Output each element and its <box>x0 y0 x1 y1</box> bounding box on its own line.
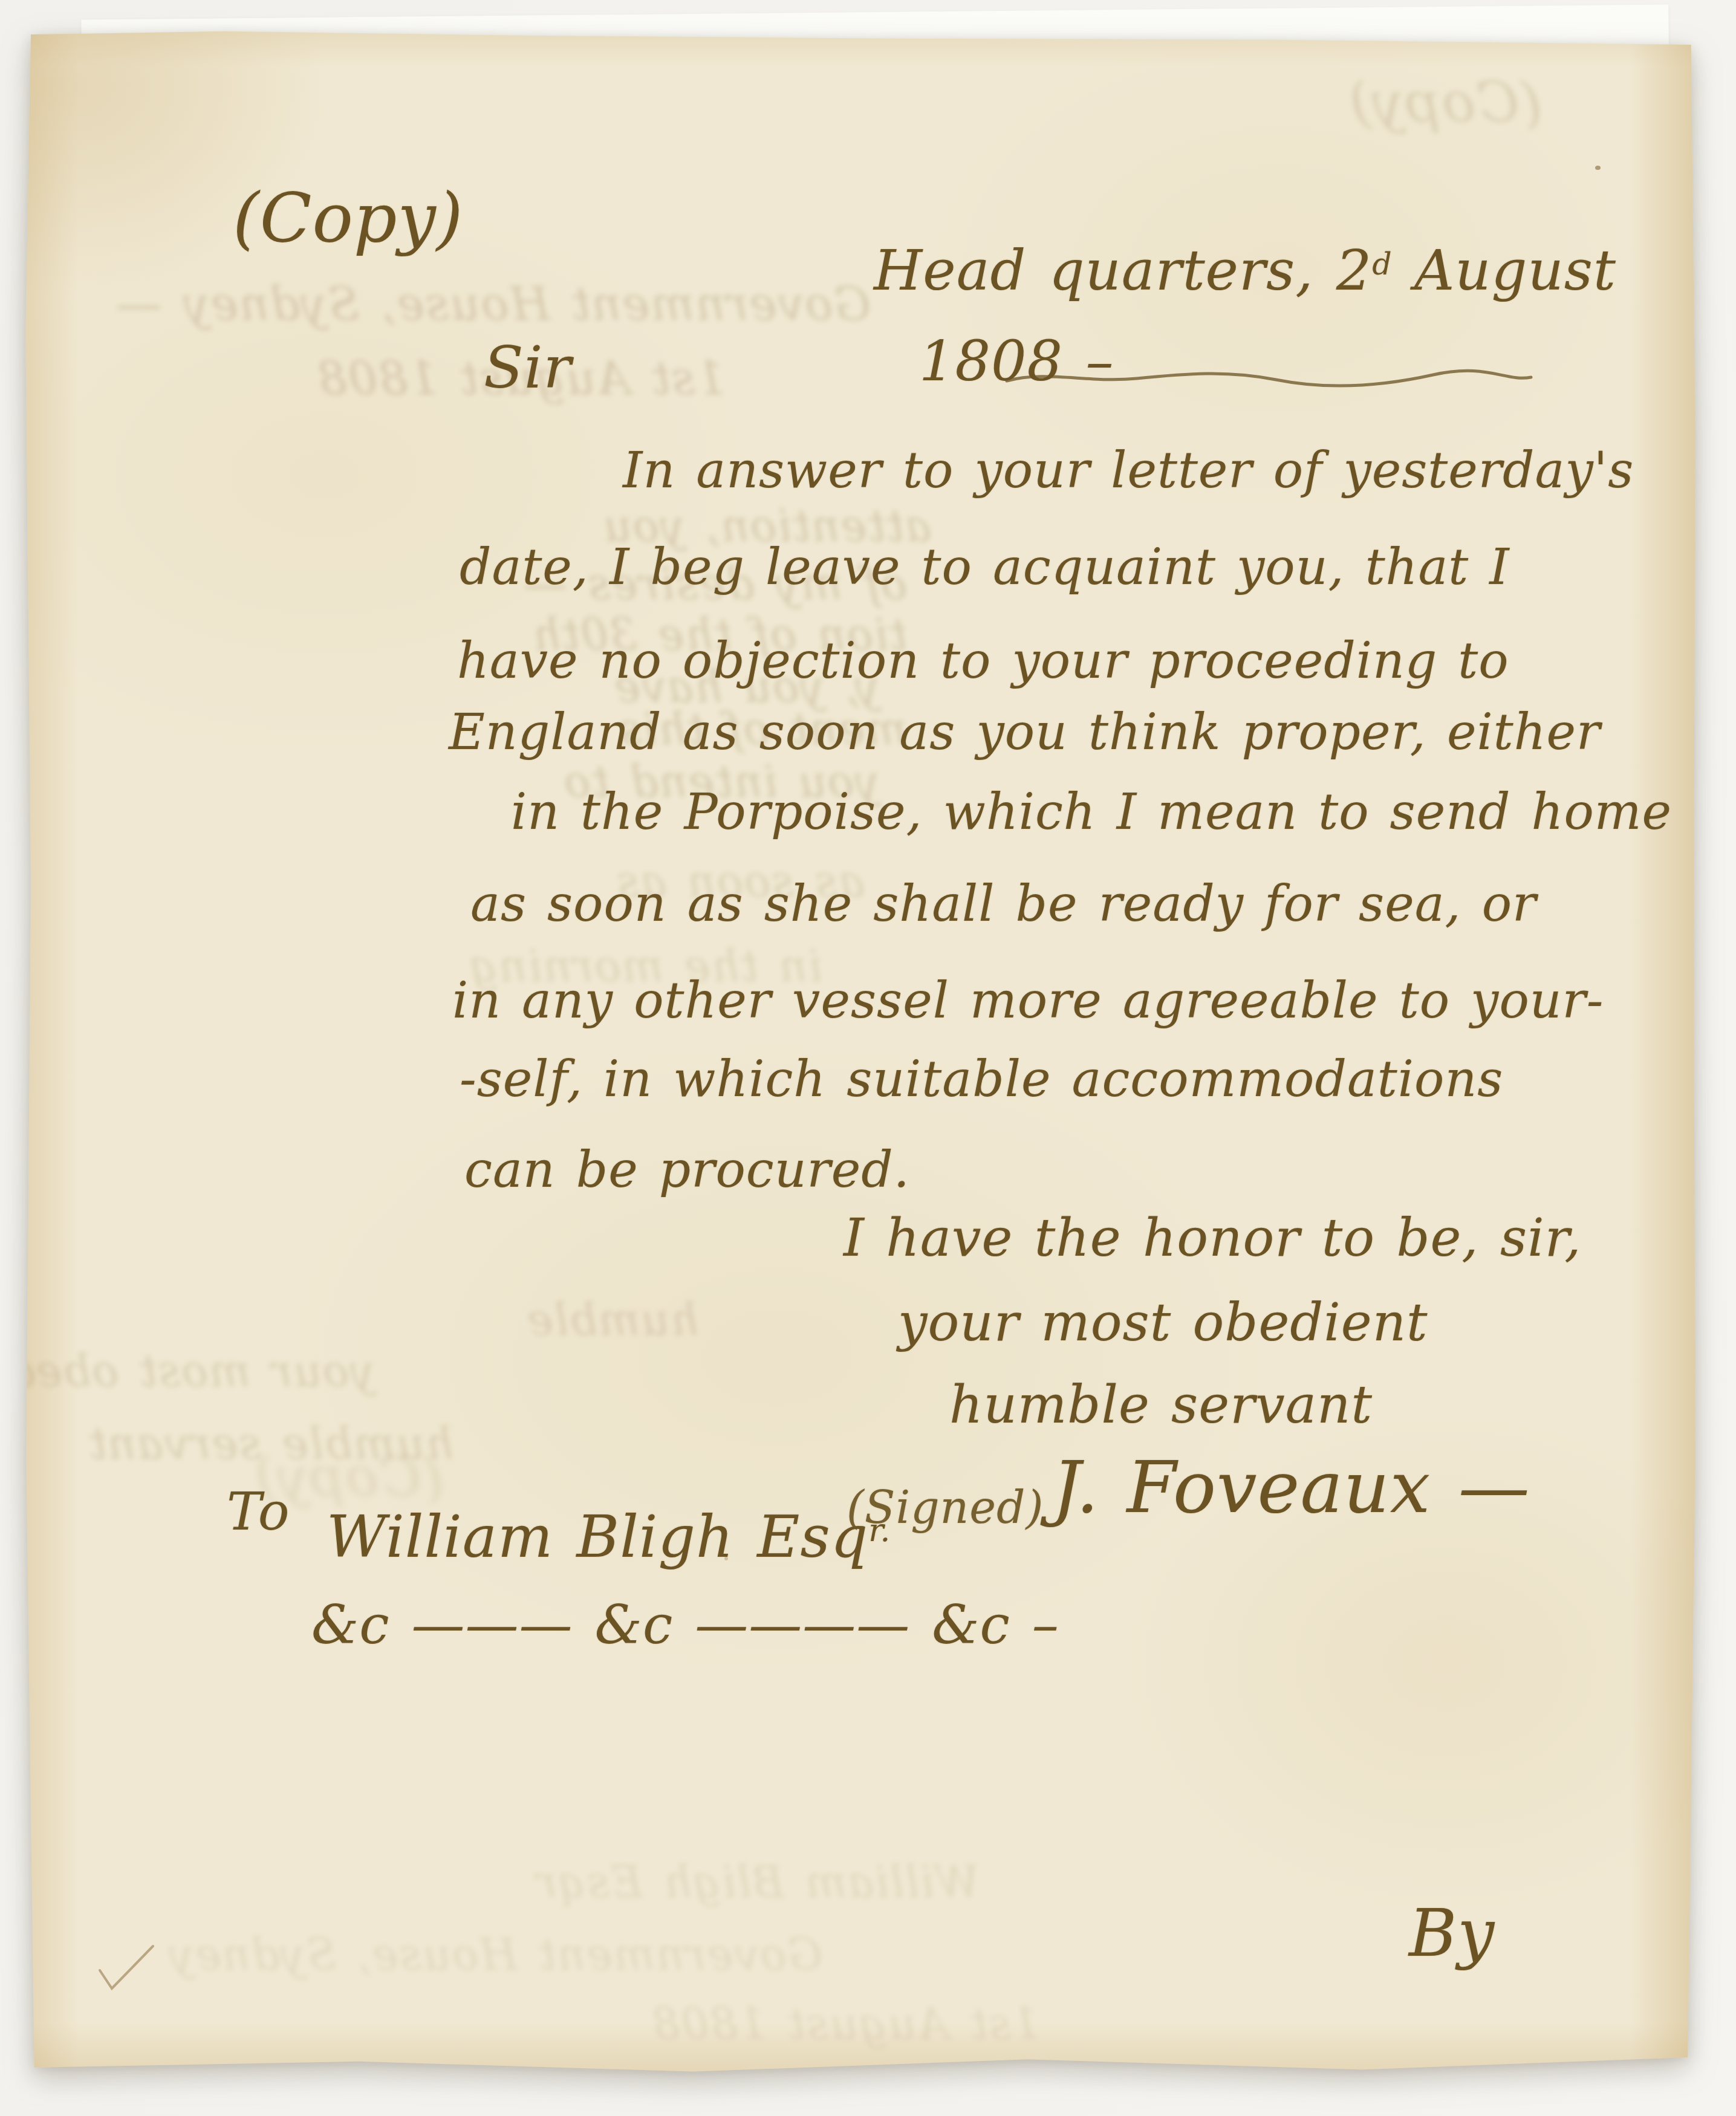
signature-line: (Signed)J. Foveaux — <box>847 1446 1530 1529</box>
heading-superscript: d <box>1372 246 1391 282</box>
closing-line: humble servant <box>949 1375 1373 1435</box>
ghost-line: Government House, Sydney — <box>85 277 871 331</box>
ink-speck <box>1595 166 1601 170</box>
address-recipient: William Bligh Esqr. <box>327 1503 890 1571</box>
flourish-line <box>1004 363 1536 399</box>
ghost-line: your most obedient <box>36 1346 375 1397</box>
body-line: -self, in which suitable accommodations <box>460 1051 1503 1108</box>
letter-paper-wrap: (Copy) Government House, Sydney — 1st Au… <box>24 24 1696 2074</box>
address-etceteras: &c ——— &c ———— &c – <box>311 1594 1059 1656</box>
ghost-line: William Bligh Esqr <box>375 1857 980 1907</box>
recipient-superscript: r. <box>868 1512 890 1549</box>
closing-line: your most obedient <box>898 1293 1428 1353</box>
body-line: can be procured. <box>464 1141 910 1199</box>
stray-pen-mark <box>94 1941 166 1996</box>
ink-speck <box>724 1557 728 1560</box>
catchword: By <box>1409 1896 1495 1972</box>
copy-annotation: (Copy) <box>233 179 463 258</box>
body-line: England as soon as you think proper, eit… <box>449 704 1601 761</box>
address-to: To <box>227 1482 290 1542</box>
ghost-line: 1st August 1808 <box>496 1999 1040 2049</box>
body-line: in the Porpoise, which I mean to send ho… <box>511 784 1672 841</box>
ghost-line: Government House, Sydney <box>218 1929 822 1980</box>
heading-pre: Head quarters, 2 <box>874 238 1372 303</box>
body-line: as soon as she shall be ready for sea, o… <box>470 875 1536 933</box>
ghost-line: (Copy) <box>1348 70 1542 135</box>
body-line: In answer to your letter of yesterday's <box>623 442 1634 499</box>
scanned-letter-page: { "document": { "kind": "handwritten let… <box>0 0 1736 2116</box>
letter-paper: (Copy) Government House, Sydney — 1st Au… <box>24 24 1696 2074</box>
closing-line: I have the honor to be, sir, <box>844 1208 1582 1268</box>
recipient-name: William Bligh Esq <box>327 1503 868 1571</box>
heading-place-date: Head quarters, 2d August <box>874 238 1616 303</box>
body-line: date, I beg leave to acquaint you, that … <box>460 539 1510 596</box>
heading-post: August <box>1392 238 1616 303</box>
ghost-line: humble <box>438 1294 698 1345</box>
signature-name: J. Foveaux — <box>1052 1446 1530 1529</box>
salutation: Sir <box>484 334 571 401</box>
body-line: in any other vessel more agreeable to yo… <box>452 972 1604 1030</box>
body-line: have no objection to your proceeding to <box>457 632 1509 690</box>
